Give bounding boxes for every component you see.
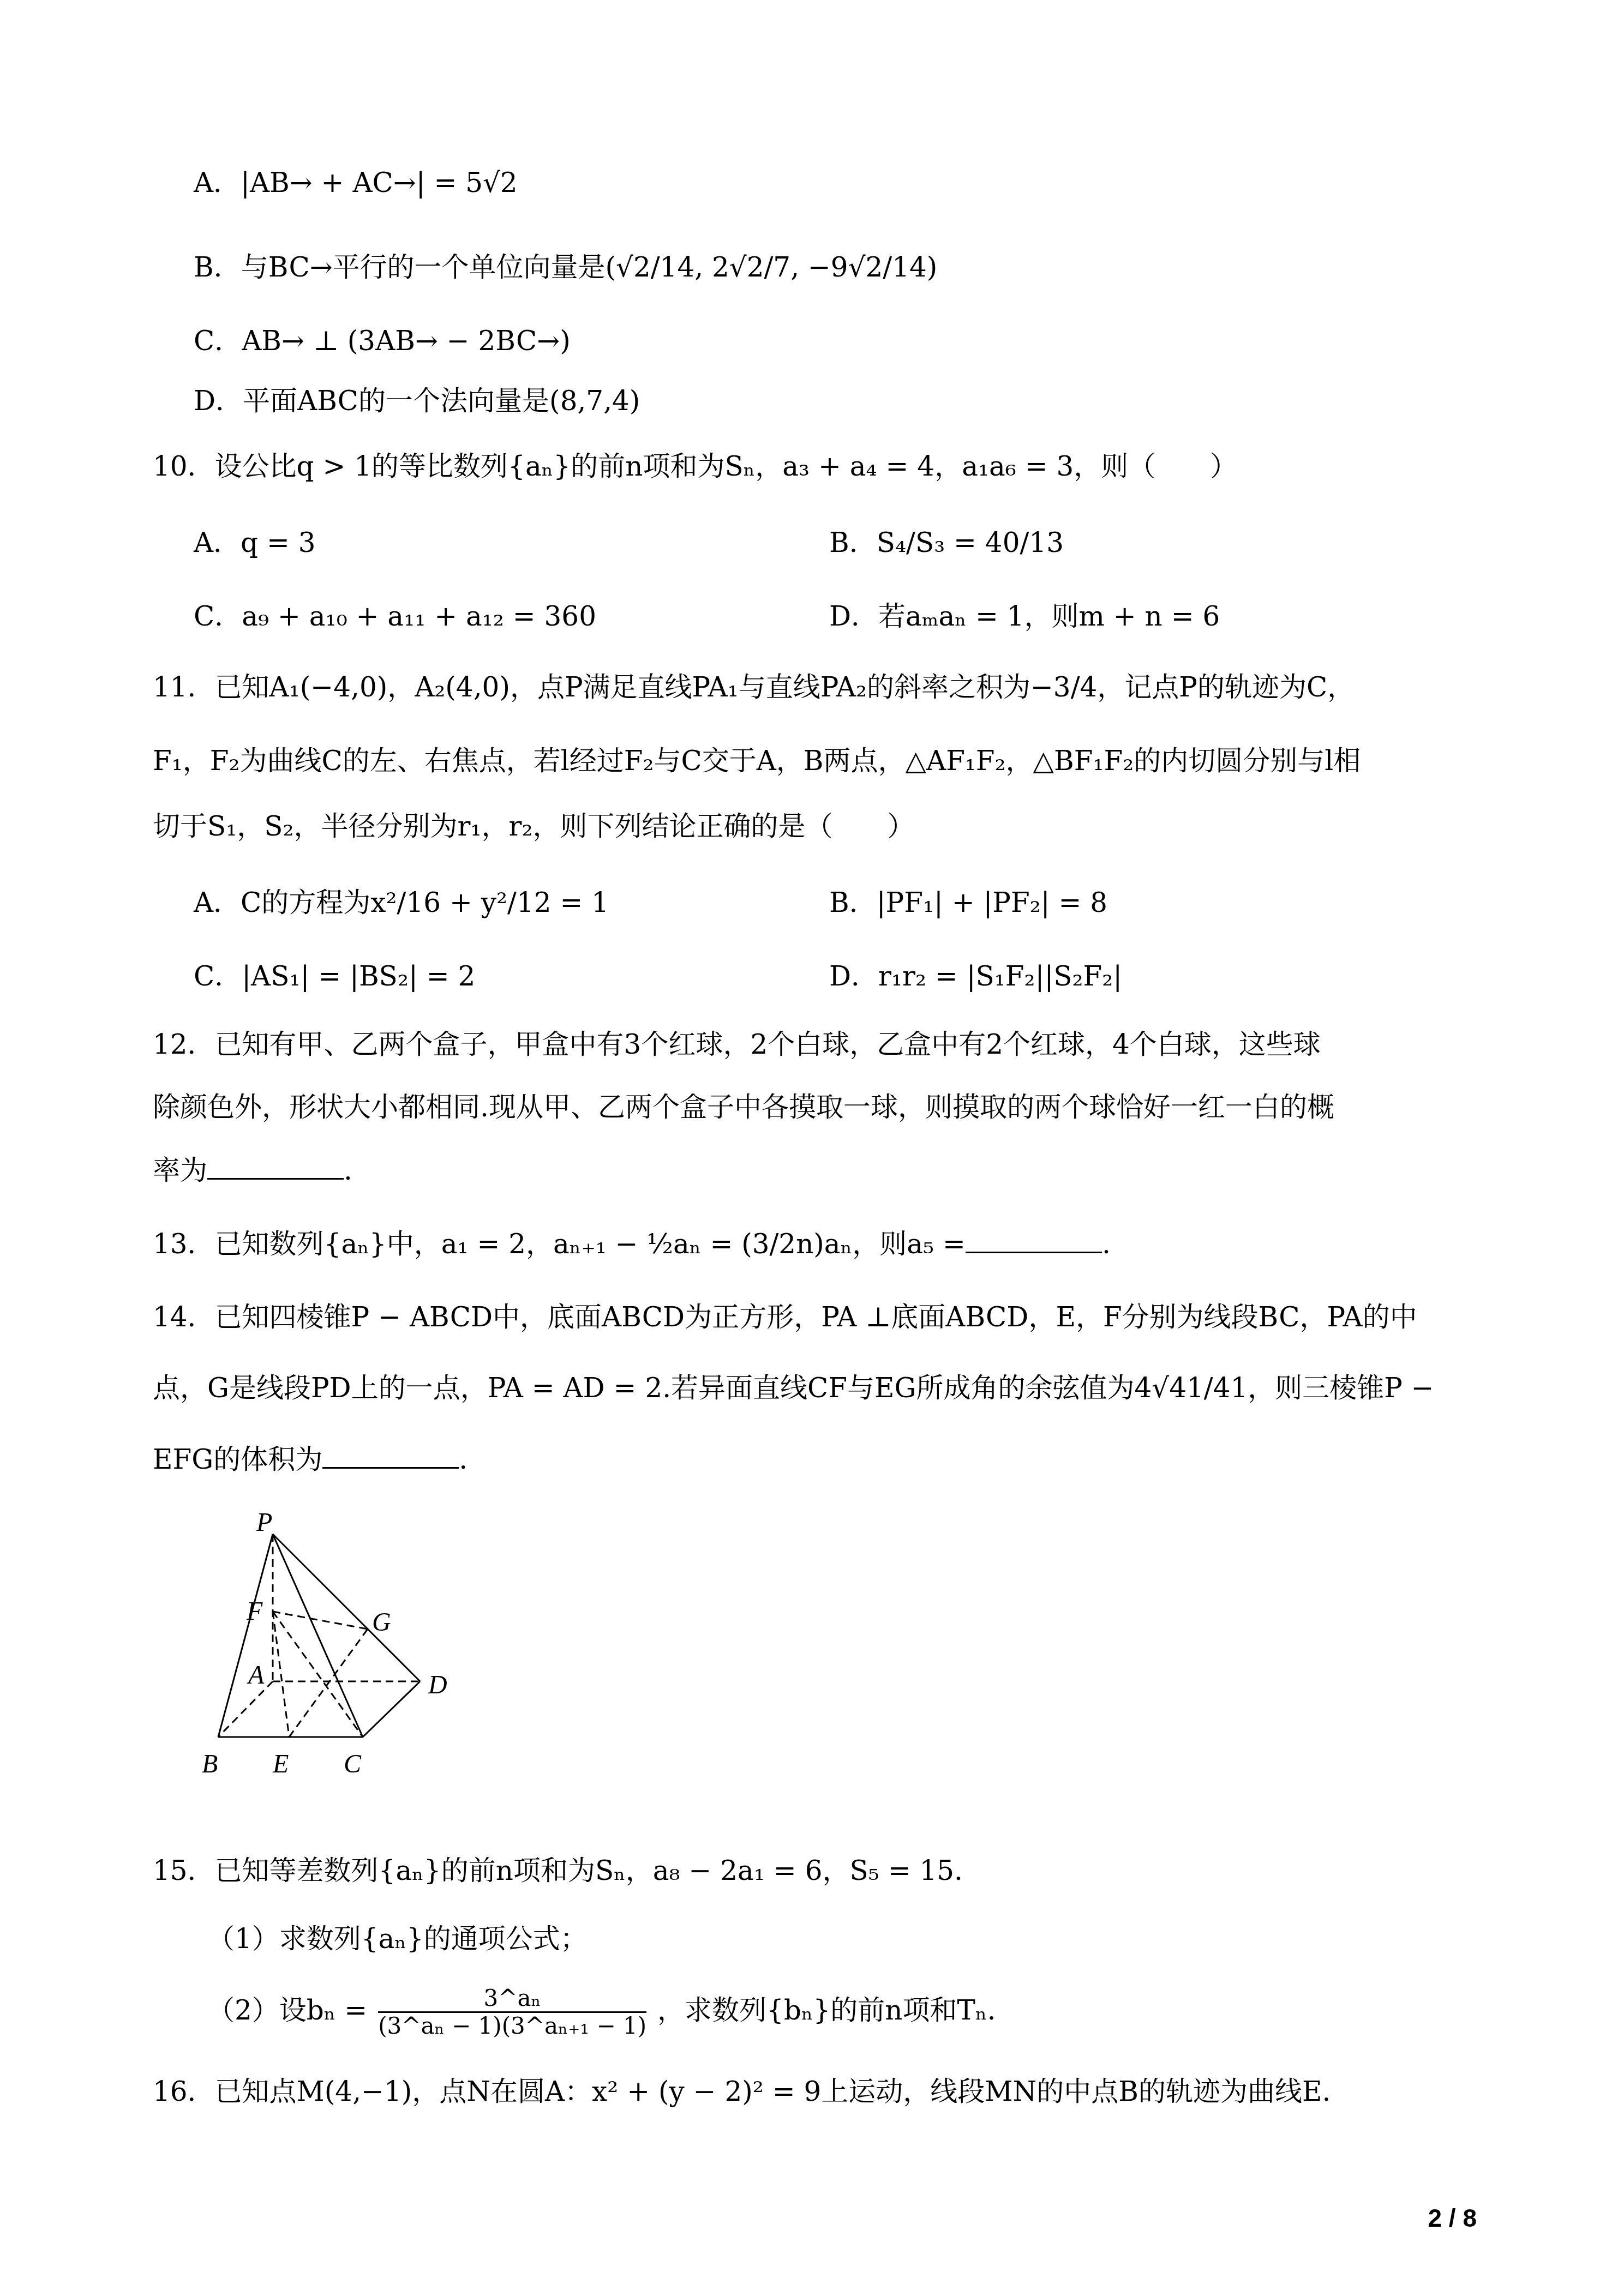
- q15-bn-fraction: 3^aₙ (3^aₙ − 1)(3^aₙ₊₁ − 1): [378, 1985, 646, 2039]
- q12-line-2: 除颜色外，形状大小都相同.现从甲、乙两个盒子中各摸取一球，则摸取的两个球恰好一红…: [153, 1088, 1334, 1126]
- q12-tail: .: [344, 1155, 352, 1186]
- page-number: 2 / 8: [1428, 2203, 1477, 2233]
- label-d: D: [428, 1670, 447, 1699]
- q11-line-3: 切于S₁，S₂，半径分别为r₁，r₂，则下列结论正确的是（ ）: [153, 807, 914, 845]
- q13-answer-blank[interactable]: [966, 1224, 1102, 1253]
- q16-stem: 16．已知点M(4,−1)，点N在圆A：x² + (y − 2)² = 9上运动…: [153, 2072, 1331, 2111]
- label-e: E: [272, 1750, 289, 1778]
- q14-answer-blank[interactable]: [322, 1440, 459, 1469]
- q12-line-1: 12．已知有甲、乙两个盒子，甲盒中有3个红球，2个白球，乙盒中有2个红球，4个白…: [153, 1025, 1321, 1063]
- q9-option-a: A．|AB→ + AC→| = 5√2: [194, 164, 518, 202]
- q12-line-3-text: 率为: [153, 1155, 207, 1186]
- q14-line-3: EFG的体积为.: [153, 1440, 468, 1478]
- q15-part-2-prefix: （2）设bₙ =: [207, 1994, 367, 2026]
- q14-line-3-text: EFG的体积为: [153, 1444, 322, 1475]
- label-p: P: [256, 1508, 272, 1537]
- q11-option-a: A．C的方程为x²/16 + y²/12 = 1: [194, 883, 609, 922]
- q11-option-d: D．r₁r₂ = |S₁F₂||S₂F₂|: [829, 957, 1122, 995]
- q15-stem: 15．已知等差数列{aₙ}的前n项和为Sₙ，a₈ − 2a₁ = 6，S₅ = …: [153, 1852, 963, 1890]
- q11-option-c: C．|AS₁| = |BS₂| = 2: [194, 957, 475, 995]
- q10-option-c: C．a₉ + a₁₀ + a₁₁ + a₁₂ = 360: [194, 597, 596, 635]
- q13-tail: .: [1102, 1228, 1111, 1260]
- q14-line-2: 点，G是线段PD上的一点，PA = AD = 2.若异面直线CF与EG所成角的余…: [153, 1369, 1434, 1407]
- q15-bn-denominator: (3^aₙ − 1)(3^aₙ₊₁ − 1): [378, 2013, 646, 2039]
- q14-line-1: 14．已知四棱锥P − ABCD中，底面ABCD为正方形，PA ⊥底面ABCD，…: [153, 1298, 1417, 1336]
- label-g: G: [372, 1608, 391, 1637]
- label-a: A: [247, 1661, 265, 1690]
- label-b: B: [202, 1750, 218, 1778]
- q9-option-c: C．AB→ ⊥ (3AB→ − 2BC→): [194, 322, 571, 360]
- q11-option-b: B．|PF₁| + |PF₂| = 8: [829, 883, 1107, 922]
- label-f: F: [246, 1597, 263, 1626]
- q12-line-3: 率为.: [153, 1151, 352, 1189]
- q14-tail: .: [459, 1444, 468, 1475]
- q12-answer-blank[interactable]: [207, 1151, 344, 1180]
- q13-line: 13．已知数列{aₙ}中，a₁ = 2，aₙ₊₁ − ½aₙ = (3/2n)a…: [153, 1224, 1111, 1263]
- label-c: C: [344, 1750, 362, 1778]
- q10-stem: 10．设公比q > 1的等比数列{aₙ}的前n项和为Sₙ，a₃ + a₄ = 4…: [153, 447, 1237, 485]
- q15-part-2-suffix: ，求数列{bₙ}的前n项和Tₙ.: [657, 1994, 996, 2026]
- pyramid-figure: P F G A D B E C: [180, 1508, 518, 1830]
- q15-bn-numerator: 3^aₙ: [378, 1985, 646, 2013]
- q9-option-b: B．与BC→平行的一个单位向量是(√2/14, 2√2/7, −9√2/14): [194, 248, 937, 286]
- q15-part-1: （1）求数列{aₙ}的通项公式；: [207, 1920, 588, 1958]
- q15-part-2: （2）设bₙ = 3^aₙ (3^aₙ − 1)(3^aₙ₊₁ − 1) ，求数…: [207, 1985, 996, 2039]
- q11-line-1: 11．已知A₁(−4,0)，A₂(4,0)，点P满足直线PA₁与直线PA₂的斜率…: [153, 668, 1355, 706]
- q10-option-a: A．q = 3: [194, 524, 316, 562]
- q10-option-b: B．S₄/S₃ = 40/13: [829, 524, 1064, 562]
- q13-text: 13．已知数列{aₙ}中，a₁ = 2，aₙ₊₁ − ½aₙ = (3/2n)a…: [153, 1228, 966, 1260]
- q11-line-2: F₁，F₂为曲线C的左、右焦点，若l经过F₂与C交于A，B两点，△AF₁F₂，△…: [153, 742, 1361, 780]
- q9-option-d: D．平面ABC的一个法向量是(8,7,4): [194, 382, 640, 420]
- q10-option-d: D．若aₘaₙ = 1，则m + n = 6: [829, 597, 1220, 635]
